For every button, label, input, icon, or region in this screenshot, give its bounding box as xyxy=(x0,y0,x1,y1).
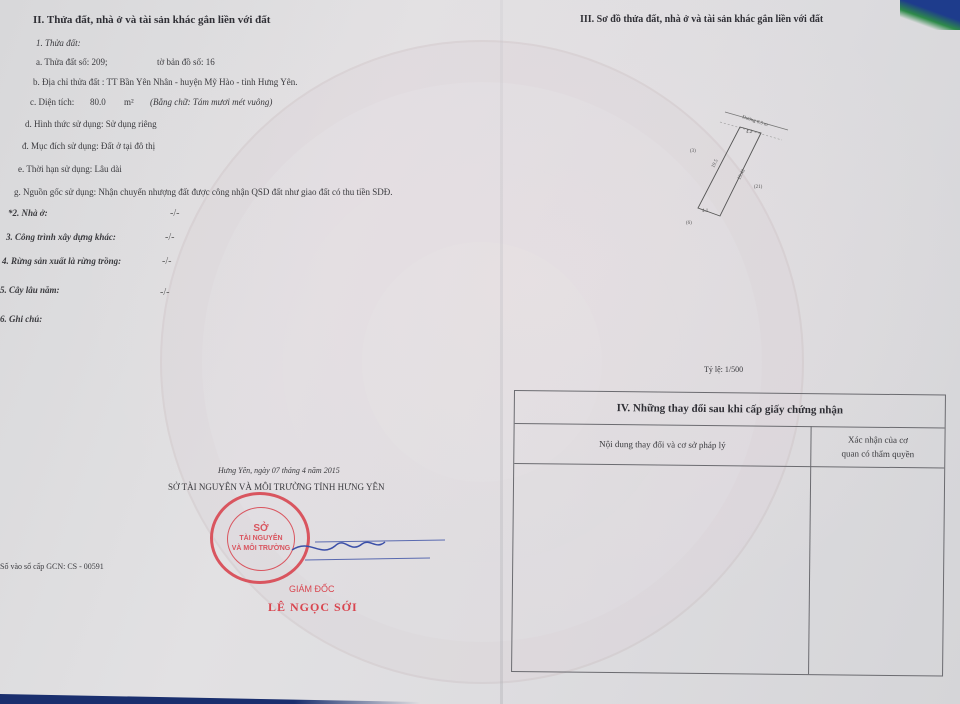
certificate-number: Số vào sổ cấp GCN: CS - 00591 xyxy=(0,562,104,571)
map-sheet-number: tờ bản đồ số: 16 xyxy=(157,57,215,67)
usage-term: e. Thời hạn sử dụng: Lâu dài xyxy=(18,164,122,174)
paper-fold xyxy=(500,0,503,704)
left-edge-length: 19.5 xyxy=(711,158,720,169)
signer-name: LÊ NGỌC SỚI xyxy=(268,600,358,615)
signer-title: GIÁM ĐỐC xyxy=(289,584,335,594)
other-construction-label: 3. Công trình xây dựng khác: xyxy=(6,232,116,242)
stamp-line-1: SỞ xyxy=(253,524,268,534)
section-ii-heading: II. Thửa đất, nhà ở và tài sản khác gắn … xyxy=(33,14,270,26)
usage-origin: g. Nguồn gốc sử dụng: Nhận chuyển nhượng… xyxy=(14,187,392,197)
stamp-line-3: VÀ MÔI TRƯỜNG xyxy=(232,544,290,554)
col-change-content: Nội dung thay đổi và cơ sở pháp lý xyxy=(514,423,810,466)
house-value: -/- xyxy=(170,208,179,219)
issuing-agency: SỞ TÀI NGUYÊN VÀ MÔI TRƯỜNG TỈNH HƯNG YÊ… xyxy=(168,482,384,492)
map-scale: Tỷ lệ: 1/500 xyxy=(704,365,743,374)
certificate-page: II. Thửa đất, nhà ở và tài sản khác gắn … xyxy=(0,0,960,704)
perennial-trees-value: -/- xyxy=(160,287,169,298)
house-label: *2. Nhà ở: xyxy=(8,208,48,218)
area-in-words: (Bằng chữ: Tám mươi mét vuông) xyxy=(150,97,272,107)
stamp-line-2: TÀI NGUYÊN xyxy=(239,534,282,544)
background-corner xyxy=(900,0,960,30)
neighbor-parcel-3: (3) xyxy=(690,149,696,154)
authority-confirmation-cell xyxy=(809,467,944,674)
parcel-diagram: Đường 6.5 m 4.2 4.1 19.5 19.42 (3) (21) … xyxy=(670,100,810,230)
parcel-number: a. Thửa đất số: 209; xyxy=(36,57,107,67)
col-confirm-line-1: Xác nhận của cơ xyxy=(848,433,908,448)
perennial-trees-label: 5. Cây lâu năm: xyxy=(0,285,60,295)
signature-icon xyxy=(290,528,450,568)
road-label: Đường 6.5 m xyxy=(741,115,768,128)
issue-date: Hưng Yên, ngày 07 tháng 4 năm 2015 xyxy=(218,466,340,475)
change-content-cell xyxy=(512,464,810,673)
area-value: 80.0 xyxy=(90,97,106,107)
notes-label: 6. Ghi chú: xyxy=(0,314,42,324)
usage-form: d. Hình thức sử dụng: Sử dụng riêng xyxy=(25,119,157,129)
col-authority-confirmation: Xác nhận của cơ quan có thẩm quyền xyxy=(811,426,944,467)
background-edge xyxy=(0,694,420,704)
planted-forest-label: 4. Rừng sản xuất là rừng trồng: xyxy=(2,256,121,266)
right-edge-length: 19.42 xyxy=(737,168,747,181)
area-label: c. Diện tích: xyxy=(30,97,74,107)
area-unit: m² xyxy=(124,97,134,107)
usage-purpose: đ. Mục đích sử dụng: Đất ở tại đô thị xyxy=(22,141,155,151)
col-confirm-line-2: quan có thẩm quyền xyxy=(841,446,914,461)
bottom-edge-length: 4.1 xyxy=(702,209,709,214)
other-construction-value: -/- xyxy=(165,232,174,243)
top-edge-length: 4.2 xyxy=(746,130,753,135)
changes-table: IV. Những thay đổi sau khi cấp giấy chứn… xyxy=(511,390,946,677)
section-iii-heading: III. Sơ đồ thửa đất, nhà ở và tài sản kh… xyxy=(580,14,823,25)
parcel-address: b. Địa chỉ thửa đất : TT Bần Yên Nhân - … xyxy=(33,77,297,87)
changes-table-header: Nội dung thay đổi và cơ sở pháp lý Xác n… xyxy=(514,423,944,469)
land-label: 1. Thửa đất: xyxy=(36,38,81,48)
neighbor-parcel-21: (21) xyxy=(754,185,763,190)
planted-forest-value: -/- xyxy=(162,256,171,267)
neighbor-parcel-6: (6) xyxy=(686,221,692,226)
